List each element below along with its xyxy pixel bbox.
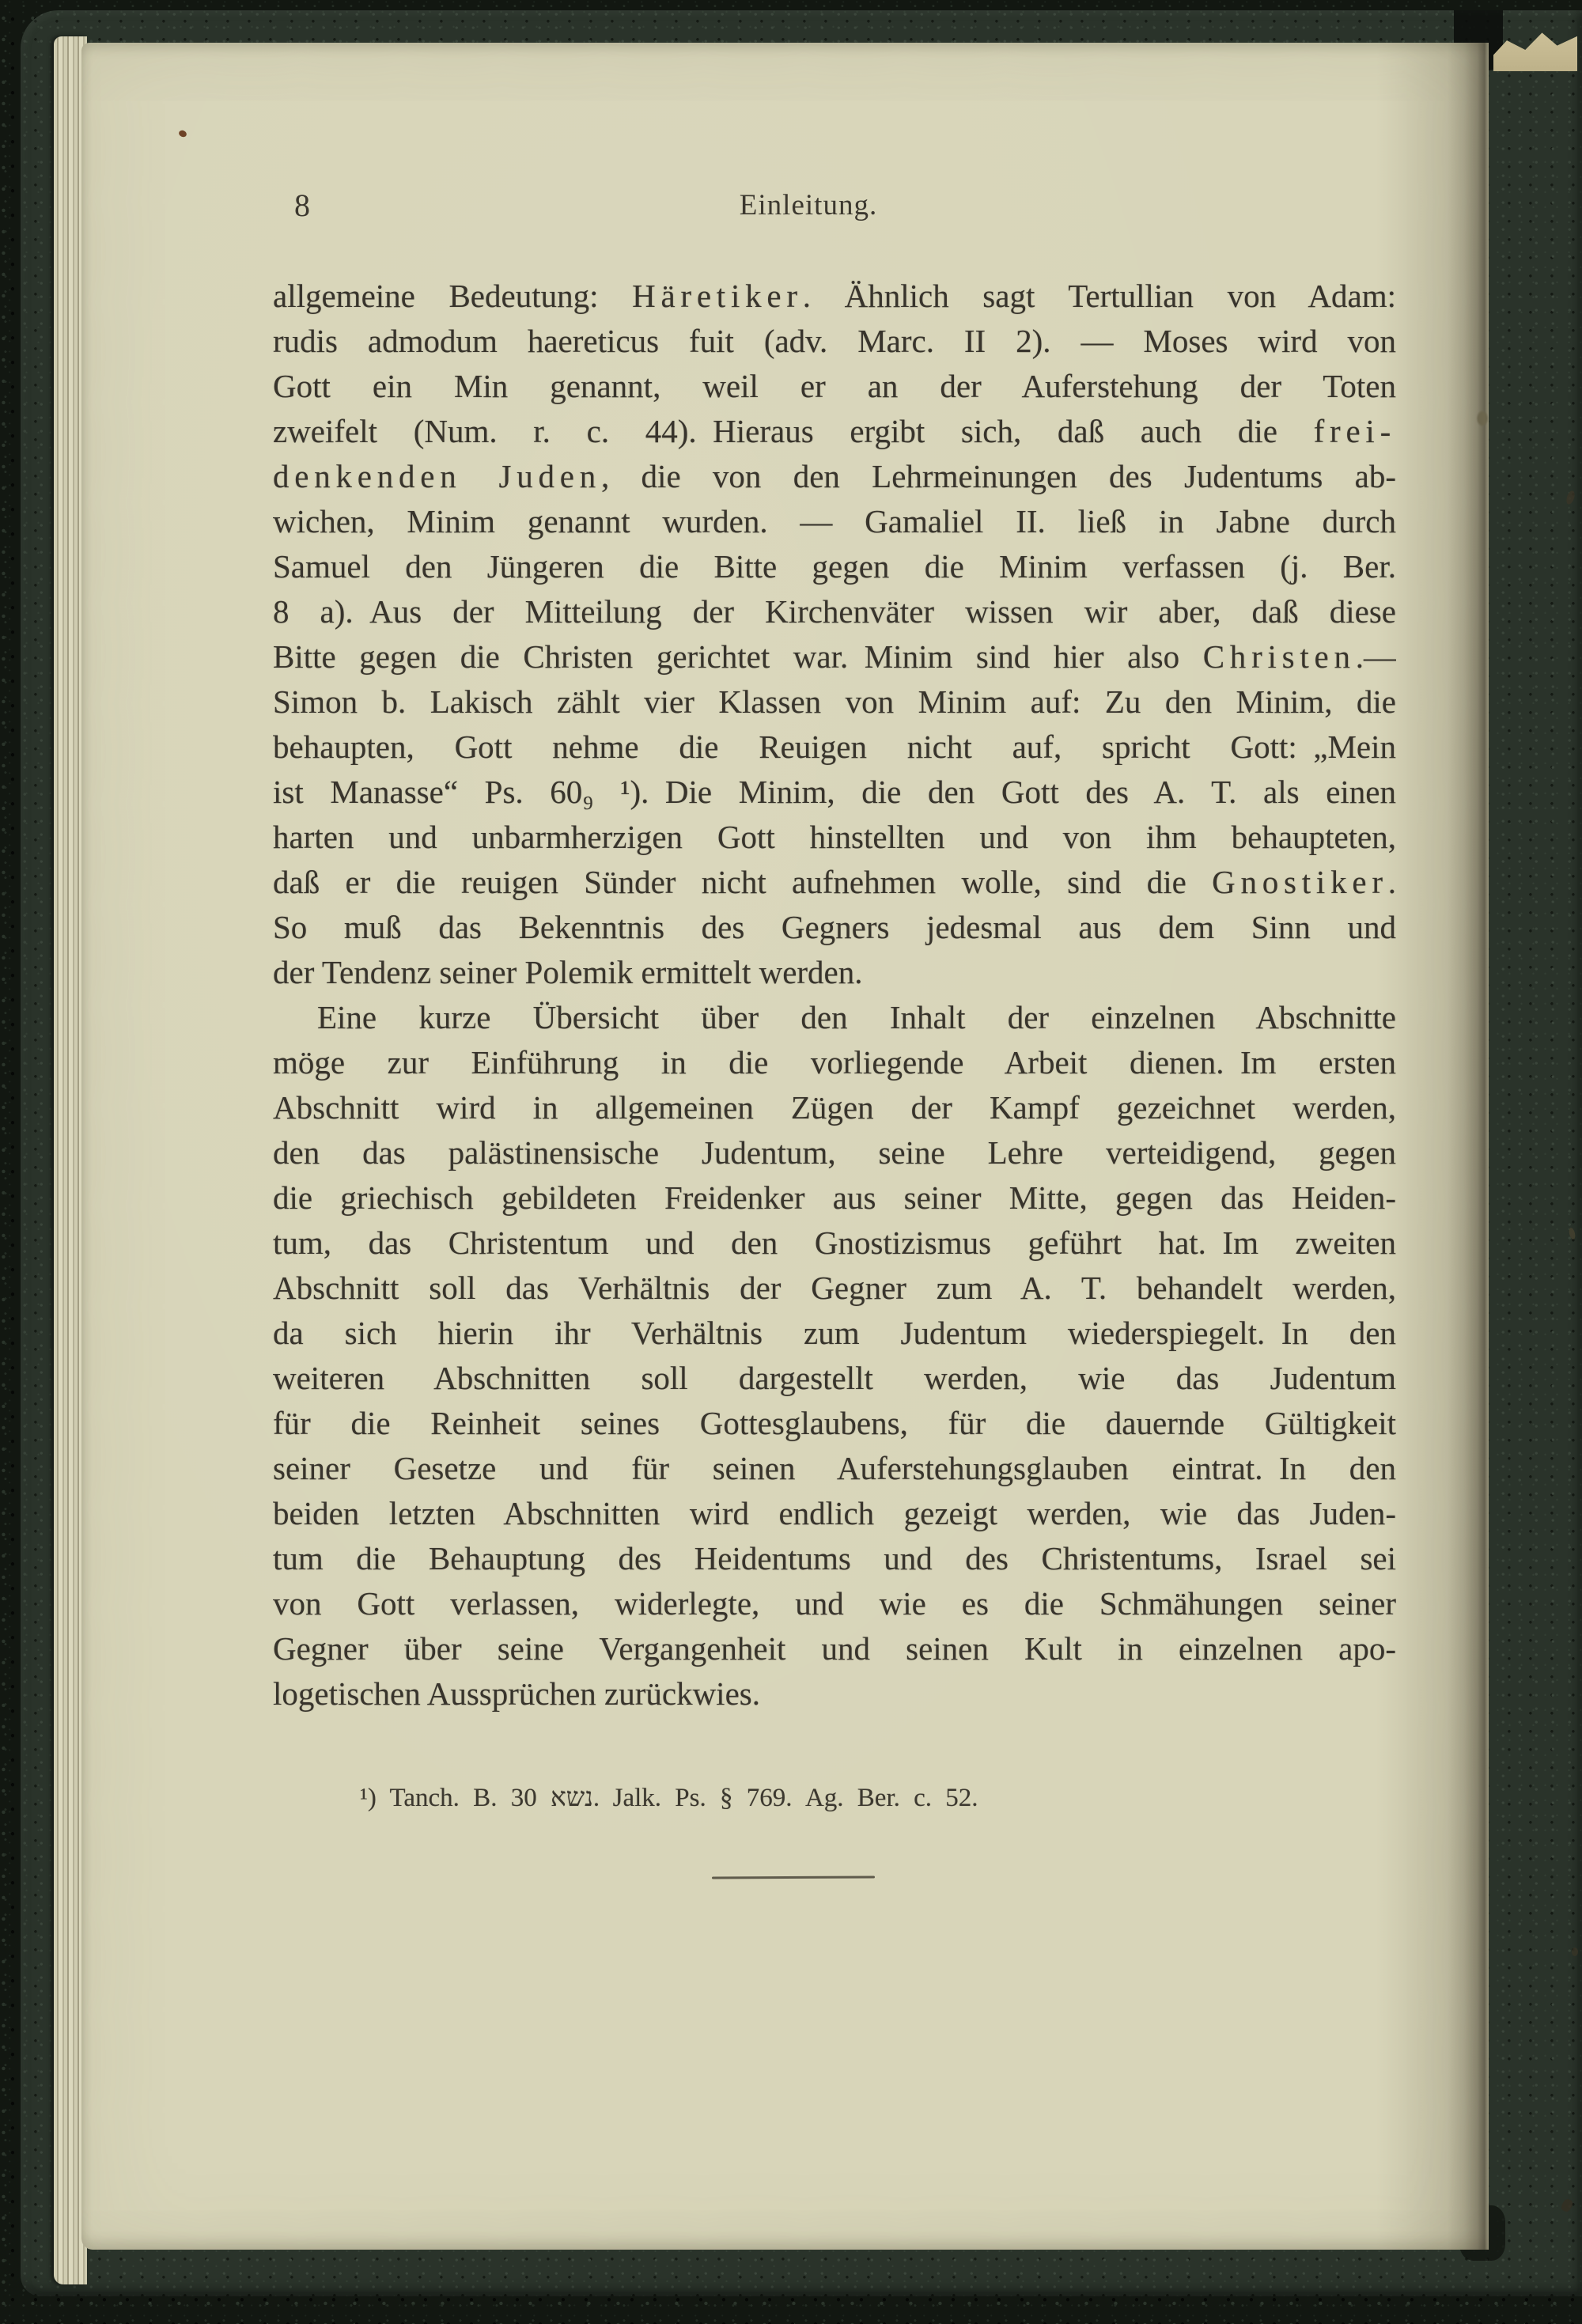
scanned-book-photo: { "header": { "page_number": "8", "runni… (0, 0, 1582, 2324)
book-page: 8 Einleitung. allgemeine Bedeutung: Häre… (81, 43, 1489, 2250)
text-line: rudis admodum haereticus fuit (adv. Marc… (273, 319, 1396, 364)
text-line: die griechisch gebildeten Freidenker aus… (273, 1175, 1396, 1221)
ink-speck (1572, 1947, 1578, 1956)
text-line: daß er die reuigen Sünder nicht aufnehme… (273, 860, 1396, 905)
text-line: Simon b. Lakisch zählt vier Klassen von … (273, 679, 1396, 725)
adjacent-page (1487, 66, 1582, 2251)
text-line: ist Manasse“ Ps. 60₉ ¹). Die Minim, die … (273, 770, 1396, 815)
text-line: den das palästinensische Judentum, seine… (273, 1130, 1396, 1175)
text-line: tum, das Christentum und den Gnostizismu… (273, 1221, 1396, 1266)
footnote-text: ¹) Tanch. B. נשא 30. Jalk. Ps. § 769. Ag… (360, 1784, 978, 1812)
text-line: Abschnitt wird in allgemeinen Zügen der … (273, 1085, 1396, 1130)
text-line: 8 a). Aus der Mitteilung der Kirchenväte… (273, 589, 1396, 634)
text-line: tum die Behauptung des Heidentums und de… (273, 1536, 1396, 1581)
footer-divider (712, 1875, 875, 1879)
text-line: logetischen Aussprüchen zurückwies. (273, 1671, 1396, 1717)
text-line: behaupten, Gott nehme die Reuigen nicht … (273, 725, 1396, 770)
text-line: allgemeine Bedeutung: Häretiker. Ähnlich… (273, 274, 1396, 319)
text-line: So muß das Bekenntnis des Gegners jedesm… (273, 905, 1396, 950)
text-line: da sich hierin ihr Verhältnis zum Judent… (273, 1311, 1396, 1356)
text-line: denkenden Juden, die von den Lehrmeinung… (273, 454, 1396, 499)
text-line: von Gott verlassen, widerlegte, und wie … (273, 1581, 1396, 1626)
text-line: Gegner über seine Vergangenheit und sein… (273, 1626, 1396, 1671)
text-line: wichen, Minim genannt wurden. — Gamaliel… (273, 499, 1396, 544)
text-line: seiner Gesetze und für seinen Auferstehu… (273, 1446, 1396, 1491)
gutter-crease (1448, 43, 1489, 2250)
text-line: möge zur Einführung in die vorliegende A… (273, 1040, 1396, 1085)
text-line: weiteren Abschnitten soll dargestellt we… (273, 1356, 1396, 1401)
running-title: Einleitung. (273, 182, 1344, 229)
text-line: Bitte gegen die Christen gerichtet war. … (273, 634, 1396, 679)
text-line: beiden letzten Abschnitten wird endlich … (273, 1491, 1396, 1536)
text-line: Gott ein Min genannt, weil er an der Auf… (273, 364, 1396, 409)
text-line: harten und unbarmherzigen Gott hinstellt… (273, 815, 1396, 860)
page-header: 8 Einleitung. (81, 182, 1489, 229)
text-line: Eine kurze Übersicht über den Inhalt der… (273, 995, 1396, 1040)
text-line: Samuel den Jüngeren die Bitte gegen die … (273, 544, 1396, 589)
text-line: Abschnitt soll das Verhältnis der Gegner… (273, 1266, 1396, 1311)
body-text: allgemeine Bedeutung: Häretiker. Ähnlich… (273, 274, 1396, 1717)
text-line: der Tendenz seiner Polemik ermittelt wer… (273, 950, 1396, 995)
text-line: zweifelt (Num. r. c. 44). Hieraus ergibt… (273, 409, 1396, 454)
binding-stitch (1476, 410, 1489, 427)
footnote: ¹) Tanch. B. נשא 30. Jalk. Ps. § 769. Ag… (360, 1784, 1388, 1813)
text-line: für die Reinheit seines Gottesglaubens, … (273, 1401, 1396, 1446)
